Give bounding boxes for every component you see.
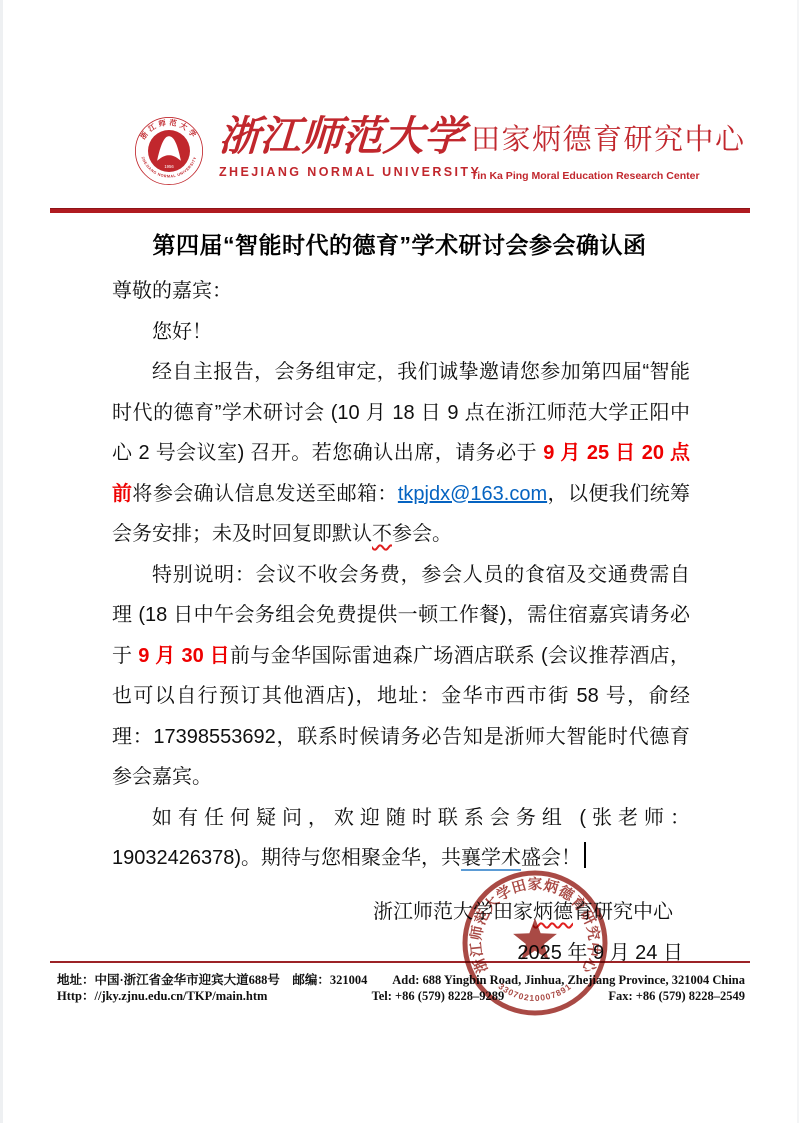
letterhead: 浙江师范大学 ZHEJIANG NORMAL UNIVERSITY 1956 浙… xyxy=(134,110,746,186)
center-name-chinese: 田家炳德育研究中心 xyxy=(471,118,746,162)
svg-text:33070210007891: 33070210007891 xyxy=(497,981,574,1003)
paragraph-closing: 如有任何疑问，欢迎随时联系会务组 (张老师：19032426378)。期待与您相… xyxy=(112,798,690,879)
stamp-star-icon xyxy=(513,918,557,960)
footer-divider xyxy=(50,961,750,963)
university-name-calligraphy: 浙江师范大学 xyxy=(218,110,461,162)
confirmation-email-link[interactable]: tkpjdx@163.com xyxy=(398,483,547,505)
letter-title: 第四届“智能时代的德育”学术研讨会参会确认函 xyxy=(0,227,799,260)
para3-text: 盛会！ xyxy=(521,847,581,869)
logo-year-text: 1956 xyxy=(164,164,174,169)
footer: 地址：中国·浙江省金华市迎宾大道688号 邮编：321004 Add: 688 … xyxy=(57,972,745,1004)
grammarcheck-marked-text: 襄学术 xyxy=(461,847,521,869)
greeting: 您好！ xyxy=(112,312,690,353)
para1-text: 将参会确认信息发送至邮箱： xyxy=(132,483,397,505)
text-cursor xyxy=(584,842,586,868)
brand-university: 浙江师范大学 ZHEJIANG NORMAL UNIVERSITY xyxy=(219,110,459,179)
official-stamp-icon: 浙江师范大学田家炳德育研究中心 33070210007891 xyxy=(460,868,610,1018)
para1-text: 参会。 xyxy=(392,523,452,545)
letter-body[interactable]: 尊敬的嘉宾： 您好！ 经自主报告，会务组审定，我们诚挚邀请您参加第四届“智能时代… xyxy=(112,271,690,879)
footer-row-1: 地址：中国·浙江省金华市迎宾大道688号 邮编：321004 Add: 688 … xyxy=(57,972,745,988)
brand-center: 田家炳德育研究中心 Tin Ka Ping Moral Education Re… xyxy=(471,110,746,182)
footer-website: Http：//jky.zjnu.edu.cn/TKP/main.htm xyxy=(57,988,267,1004)
para3-text: 如有任何疑问，欢迎随时联系会务组 (张老师：19032426378)。期待与您相… xyxy=(112,807,690,870)
university-seal-icon: 浙江师范大学 ZHEJIANG NORMAL UNIVERSITY 1956 xyxy=(134,116,204,186)
footer-row-2: Http：//jky.zjnu.edu.cn/TKP/main.htm Tel:… xyxy=(57,988,745,1004)
spellcheck-marked-text: 不 xyxy=(372,523,392,545)
paragraph-invitation: 经自主报告，会务组审定，我们诚挚邀请您参加第四届“智能时代的德育”学术研讨会 (… xyxy=(112,352,690,555)
hotel-deadline: 9 月 30 日 xyxy=(138,645,230,667)
salutation: 尊敬的嘉宾： xyxy=(112,271,690,312)
university-name-english: ZHEJIANG NORMAL UNIVERSITY xyxy=(219,165,459,179)
footer-address-cn: 地址：中国·浙江省金华市迎宾大道688号 邮编：321004 xyxy=(57,972,367,988)
paragraph-special-notes: 特别说明：会议不收会务费，参会人员的食宿及交通费需自理 (18 日中午会务组会免… xyxy=(112,555,690,798)
letterhead-divider xyxy=(50,208,750,213)
stamp-serial-number: 33070210007891 xyxy=(497,981,574,1003)
document-page: 浙江师范大学 ZHEJIANG NORMAL UNIVERSITY 1956 浙… xyxy=(0,0,799,1123)
footer-fax: Fax: +86 (579) 8228–2549 xyxy=(608,988,745,1004)
center-name-english: Tin Ka Ping Moral Education Research Cen… xyxy=(471,170,746,182)
